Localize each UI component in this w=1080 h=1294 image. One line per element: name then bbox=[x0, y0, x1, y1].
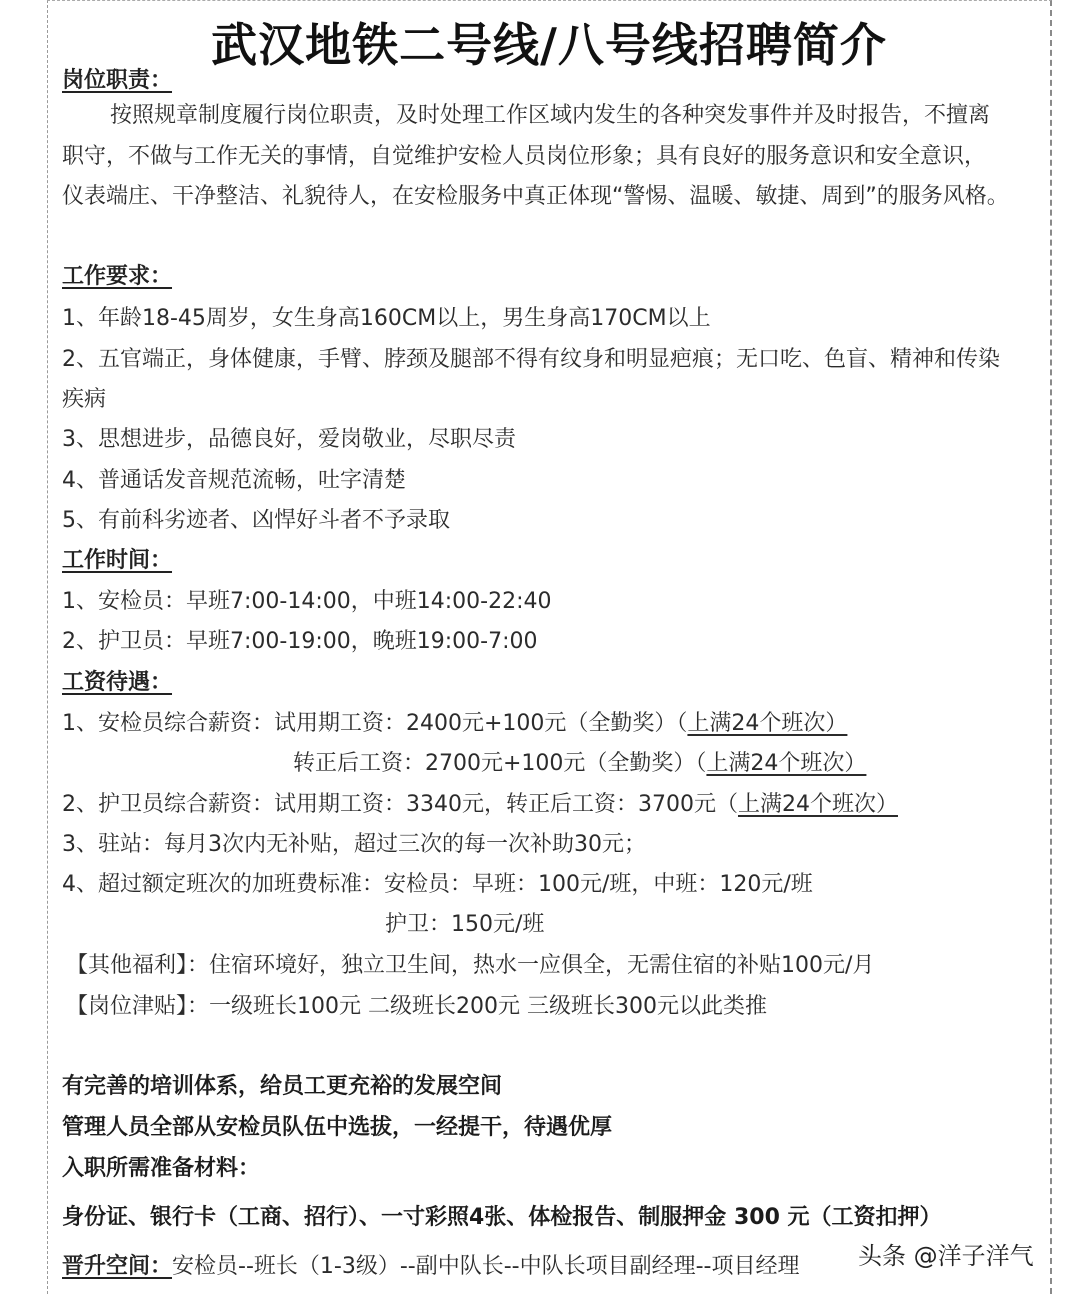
promotion-heading: 晋升空间： bbox=[62, 1254, 172, 1279]
promotion-path: 安检员--班长（1-3级）--副中队长--中队长项目副经理--项目经理 bbox=[172, 1254, 799, 1279]
salary-line: 护卫：150元/班 bbox=[385, 907, 544, 938]
hours-heading: 工作时间： bbox=[62, 543, 172, 574]
salary-line-text: 转正后工资：2700元+100元（全勤奖）（ bbox=[293, 751, 706, 776]
salary-line-underlined: 上满24个班次） bbox=[738, 792, 898, 817]
requirements-heading: 工作要求： bbox=[62, 259, 172, 290]
requirement-item: 4、普通话发音规范流畅，吐字清楚 bbox=[62, 463, 406, 494]
management-line: 管理人员全部从安检员队伍中选拔，一经提干，待遇优厚 bbox=[62, 1110, 612, 1141]
requirement-item: 疾病 bbox=[62, 382, 106, 413]
salary-line-text: 1、安检员综合薪资：试用期工资：2400元+100元（全勤奖）（ bbox=[62, 711, 687, 736]
materials-line: 身份证、银行卡（工商、招行）、一寸彩照4张、体检报告、制服押金 300 元（工资… bbox=[62, 1200, 942, 1231]
salary-heading: 工资待遇： bbox=[62, 665, 172, 696]
hours-item: 2、护卫员：早班7:00-19:00，晚班19:00-7:00 bbox=[62, 624, 537, 655]
duties-line: 按照规章制度履行岗位职责，及时处理工作区域内发生的各种突发事件并及时报告，不擅离 bbox=[110, 98, 990, 129]
salary-line-text: 2、护卫员综合薪资：试用期工资：3340元，转正后工资：3700元（ bbox=[62, 792, 738, 817]
requirement-item: 5、有前科劣迹者、凶悍好斗者不予录取 bbox=[62, 503, 450, 534]
duties-line: 职守，不做与工作无关的事情，自觉维护安检人员岗位形象；具有良好的服务意识和安全意… bbox=[62, 139, 986, 170]
training-line: 有完善的培训体系，给员工更充裕的发展空间 bbox=[62, 1069, 502, 1100]
materials-heading: 入职所需准备材料： bbox=[62, 1151, 260, 1182]
requirement-item: 3、思想进步，品德良好，爱岗敬业，尽职尽责 bbox=[62, 422, 516, 453]
duties-heading: 岗位职责： bbox=[62, 63, 172, 94]
watermark: 头条 @洋子洋气 bbox=[858, 1236, 1034, 1271]
requirement-item: 2、五官端正，身体健康，手臂、脖颈及腿部不得有纹身和明显疤痕；无口吃、色盲、精神… bbox=[62, 342, 1000, 373]
recruitment-document: 武汉地铁二号线/八号线招聘简介 岗位职责： 按照规章制度履行岗位职责，及时处理工… bbox=[47, 0, 1052, 1294]
salary-line: 1、安检员综合薪资：试用期工资：2400元+100元（全勤奖）（上满24个班次） bbox=[62, 706, 847, 737]
hours-item: 1、安检员：早班7:00-14:00，中班14:00-22:40 bbox=[62, 584, 551, 615]
benefits-line: 【其他福利】：住宿环境好，独立卫生间，热水一应俱全，无需住宿的补贴100元/月 bbox=[66, 948, 874, 979]
document-title: 武汉地铁二号线/八号线招聘简介 bbox=[48, 9, 1050, 75]
requirement-item: 1、年龄18-45周岁，女生身高160CM以上，男生身高170CM以上 bbox=[62, 301, 711, 332]
promotion-line: 晋升空间：安检员--班长（1-3级）--副中队长--中队长项目副经理--项目经理 bbox=[62, 1249, 799, 1280]
salary-line: 2、护卫员综合薪资：试用期工资：3340元，转正后工资：3700元（上满24个班… bbox=[62, 787, 898, 818]
salary-line: 4、超过额定班次的加班费标准：安检员：早班：100元/班，中班：120元/班 bbox=[62, 867, 813, 898]
duties-line: 仪表端庄、干净整洁、礼貌待人，在安检服务中真正体现“警惕、温暖、敏捷、周到”的服… bbox=[62, 179, 1009, 210]
salary-line: 3、驻站：每月3次内无补贴，超过三次的每一次补助30元； bbox=[62, 827, 646, 858]
salary-line: 转正后工资：2700元+100元（全勤奖）（上满24个班次） bbox=[293, 746, 866, 777]
salary-line-underlined: 上满24个班次） bbox=[706, 751, 866, 776]
salary-line-underlined: 上满24个班次） bbox=[687, 711, 847, 736]
allowance-line: 【岗位津贴】：一级班长100元 二级班长200元 三级班长300元以此类推 bbox=[66, 989, 767, 1020]
